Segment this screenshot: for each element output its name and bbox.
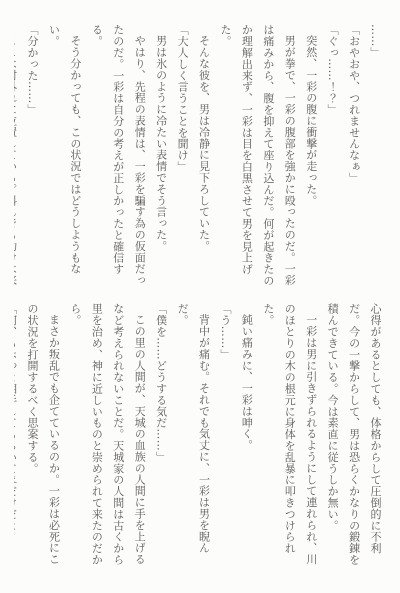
paragraph-line: 突然、一彩の腹に衝撃が走った。 [300,24,321,292]
paragraph-line: そう分かっても、この状況ではどうしようもない。 [43,24,86,292]
paragraph-line: そんな彼を、男は冷静に見下ろしていた。 [193,24,214,292]
paragraph-line: この里の人間が、天城の血族の人間に手を上げるなど考えられないことだ。天城家の人間… [64,303,150,571]
paragraph-line: 鈍い痛みに、一彩は呻く。 [236,303,257,571]
paragraph-line: 「ぐっ……！？」 [322,24,343,292]
paragraph-line: 男は氷のように冷たい表情でそう言った。 [150,24,171,292]
novel-page: ……」「おやおや、つれませんなぁ」「ぐっ……！？」突然、一彩の腹に衝撃が走った。… [0,0,400,593]
paragraph-line: 一彩は男に引きずられるようにして連れられ、川のほとりの木の根元に身体を乱暴に叩き… [257,303,321,571]
text-block-top: ……」「おやおや、つれませんなぁ」「ぐっ……！？」突然、一彩の腹に衝撃が走った。… [14,24,386,292]
paragraph-line: 男が拳で、一彩の腹部を強かに殴ったのだ。一彩は痛みから、腹を抑えて座り込んだ。何… [215,24,301,292]
paragraph-line: 「僕を……どうする気だ……」 [150,303,171,571]
paragraph-line: 背中が痛む。それでも気丈に、一彩は男を睨んだ。 [172,303,215,571]
paragraph-line: 心得があるとしても、体格からして圧倒的に不利だ。今の一撃からして、男は恐らくかな… [322,303,386,571]
paragraph-line: 「分かった……」 [22,24,43,292]
paragraph-line: やはり、先程の表情は、一彩を騙す為の仮面だったのだ。一彩は自分の考えが正しかった… [86,24,150,292]
paragraph-line: ここは村外れに位置している。叫んでも助けは来ないだろう。そして、いくら一彩にある… [14,24,22,292]
paragraph-line: 「う……」 [215,303,236,571]
paragraph-line: ……」 [365,24,386,292]
text-block-bottom: 心得があるとしても、体格からして圧倒的に不利だ。今の一撃からして、男は恐らくかな… [14,303,386,571]
paragraph-line: 「大人しく言うことを聞け」 [172,24,193,292]
paragraph-line: 「おやおや、つれませんなぁ」 [343,24,364,292]
paragraph-line: 「何、ちょっと相手してもらいてぇだけだよ」 [14,303,22,571]
paragraph-line: まさか叛乱でも企てているのか。一彩は必死にこの状況を打開するべく思案する。 [22,303,65,571]
